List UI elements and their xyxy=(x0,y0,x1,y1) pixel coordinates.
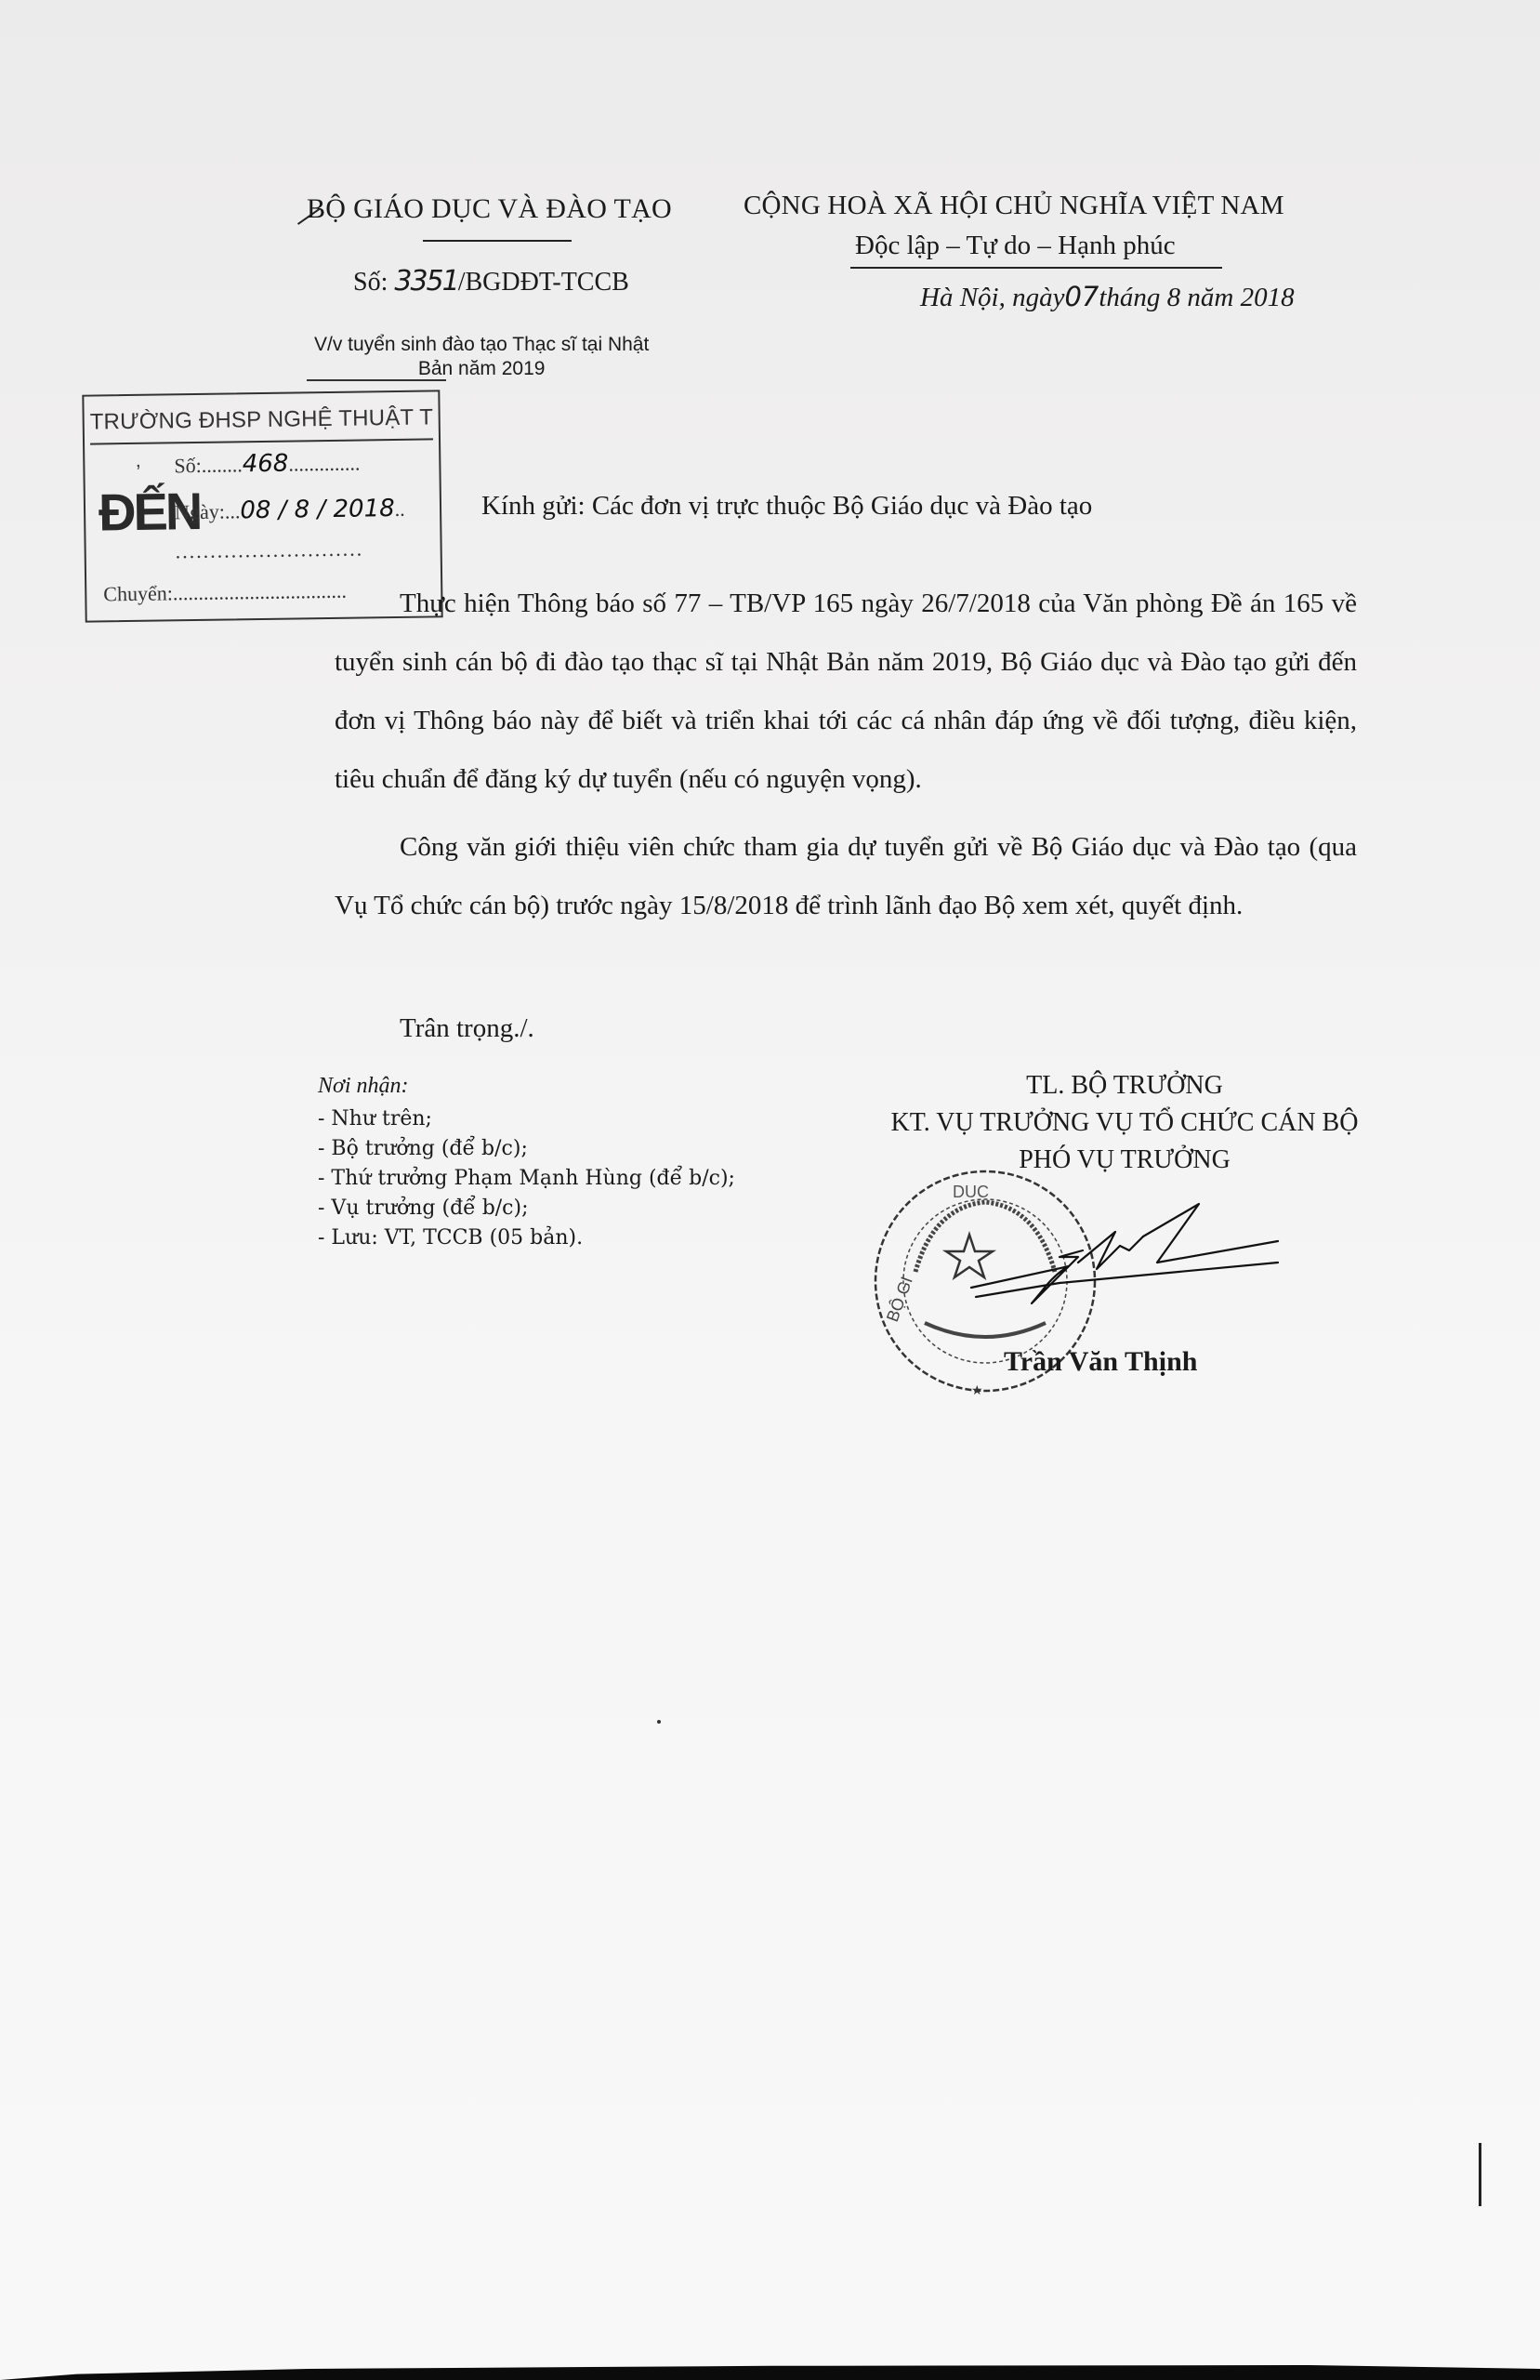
scan-bottom-edge xyxy=(0,2365,1540,2380)
day-handwritten: 07 xyxy=(1064,281,1099,312)
recipient-item: - Như trên; xyxy=(318,1104,735,1134)
recipient-item: - Thứ trưởng Phạm Mạnh Hùng (để b/c); xyxy=(318,1164,735,1194)
place-prefix: Hà Nội, ngày xyxy=(920,283,1064,312)
subject-line-2: Bản năm 2019 xyxy=(314,357,649,381)
handwritten-signature-icon xyxy=(967,1199,1283,1320)
body-paragraph-1: Thực hiện Thông báo số 77 – TB/VP 165 ng… xyxy=(335,575,1357,809)
stamp-number-row: Số:........468.............. xyxy=(174,449,360,480)
document-number-suffix: /BGDĐT-TCCB xyxy=(458,268,629,297)
body-paragraph-2: Công văn giới thiệu viên chức tham gia d… xyxy=(335,818,1357,935)
stamp-date-value: 08 / 8 / 2018 xyxy=(240,495,395,524)
signature-line-1: TL. BỘ TRƯỞNG xyxy=(799,1067,1450,1104)
recipients-title: Nơi nhận: xyxy=(318,1074,408,1099)
closing-remark: Trân trọng./. xyxy=(400,1013,534,1044)
svg-text:BỘ GI: BỘ GI xyxy=(882,1274,916,1324)
document-subject: V/v tuyển sinh đào tạo Thạc sĩ tại Nhật … xyxy=(314,333,649,381)
stamp-date-row: Ngày:...08 / 8 / 2018.. xyxy=(175,495,405,525)
stamp-blank-row: ........................... xyxy=(175,536,363,563)
signature-line-3: PHÓ VỤ TRƯỞNG xyxy=(799,1142,1450,1179)
stamp-number-value: 468 xyxy=(243,450,289,479)
issuing-organization: BỘ GIÁO DỤC VÀ ĐÀO TẠO xyxy=(307,193,672,225)
motto-underline xyxy=(850,267,1222,269)
place-and-date: Hà Nội, ngày07tháng 8 năm 2018 xyxy=(920,281,1295,313)
signer-name: Trần Văn Thịnh xyxy=(1004,1346,1197,1378)
document-number-label: Số: xyxy=(353,268,388,297)
stamp-date-label: Ngày: xyxy=(175,500,225,524)
national-motto: Độc lập – Tự do – Hạnh phúc xyxy=(855,231,1176,261)
document-number-handwritten: 3351 xyxy=(394,265,457,297)
svg-text:★: ★ xyxy=(971,1383,983,1398)
signature-block: TL. BỘ TRƯỞNG KT. VỤ TRƯỞNG VỤ TỔ CHỨC C… xyxy=(799,1067,1450,1179)
organization-underline xyxy=(423,240,572,242)
recipients-list: - Như trên; - Bộ trưởng (để b/c); - Thứ … xyxy=(318,1104,735,1253)
stamp-forward-label: Chuyển: xyxy=(103,581,173,605)
paragraph-2-text: Công văn giới thiệu viên chức tham gia d… xyxy=(335,832,1357,920)
subject-line-1: V/v tuyển sinh đào tạo Thạc sĩ tại Nhật xyxy=(314,333,649,357)
margin-mark xyxy=(1479,2143,1481,2206)
stamp-number-label: Số: xyxy=(174,454,202,477)
document-number: Số: 3351/BGDĐT-TCCB xyxy=(353,265,629,297)
national-title: CỘNG HOÀ XÃ HỘI CHỦ NGHĨA VIỆT NAM xyxy=(744,191,1284,221)
recipient-item: - Vụ trưởng (để b/c); xyxy=(318,1194,735,1223)
paragraph-1-text: Thực hiện Thông báo số 77 – TB/VP 165 ng… xyxy=(335,588,1357,794)
speck-mark xyxy=(657,1720,661,1724)
addressee: Kính gửi: Các đơn vị trực thuộc Bộ Giáo … xyxy=(481,491,1092,522)
stamp-forward-row: Chuyển:.................................… xyxy=(103,579,347,607)
recipient-item: - Bộ trưởng (để b/c); xyxy=(318,1134,735,1164)
recipient-item: - Lưu: VT, TCCB (05 bản). xyxy=(318,1223,735,1253)
month-year: tháng 8 năm 2018 xyxy=(1099,283,1294,312)
signature-line-2: KT. VỤ TRƯỞNG VỤ TỔ CHỨC CÁN BỘ xyxy=(799,1104,1450,1142)
svg-text:DUC: DUC xyxy=(953,1183,989,1201)
stamp-pen-line xyxy=(307,379,446,381)
stamp-institution: TRƯỜNG ĐHSP NGHỆ THUẬT TW xyxy=(89,397,433,444)
